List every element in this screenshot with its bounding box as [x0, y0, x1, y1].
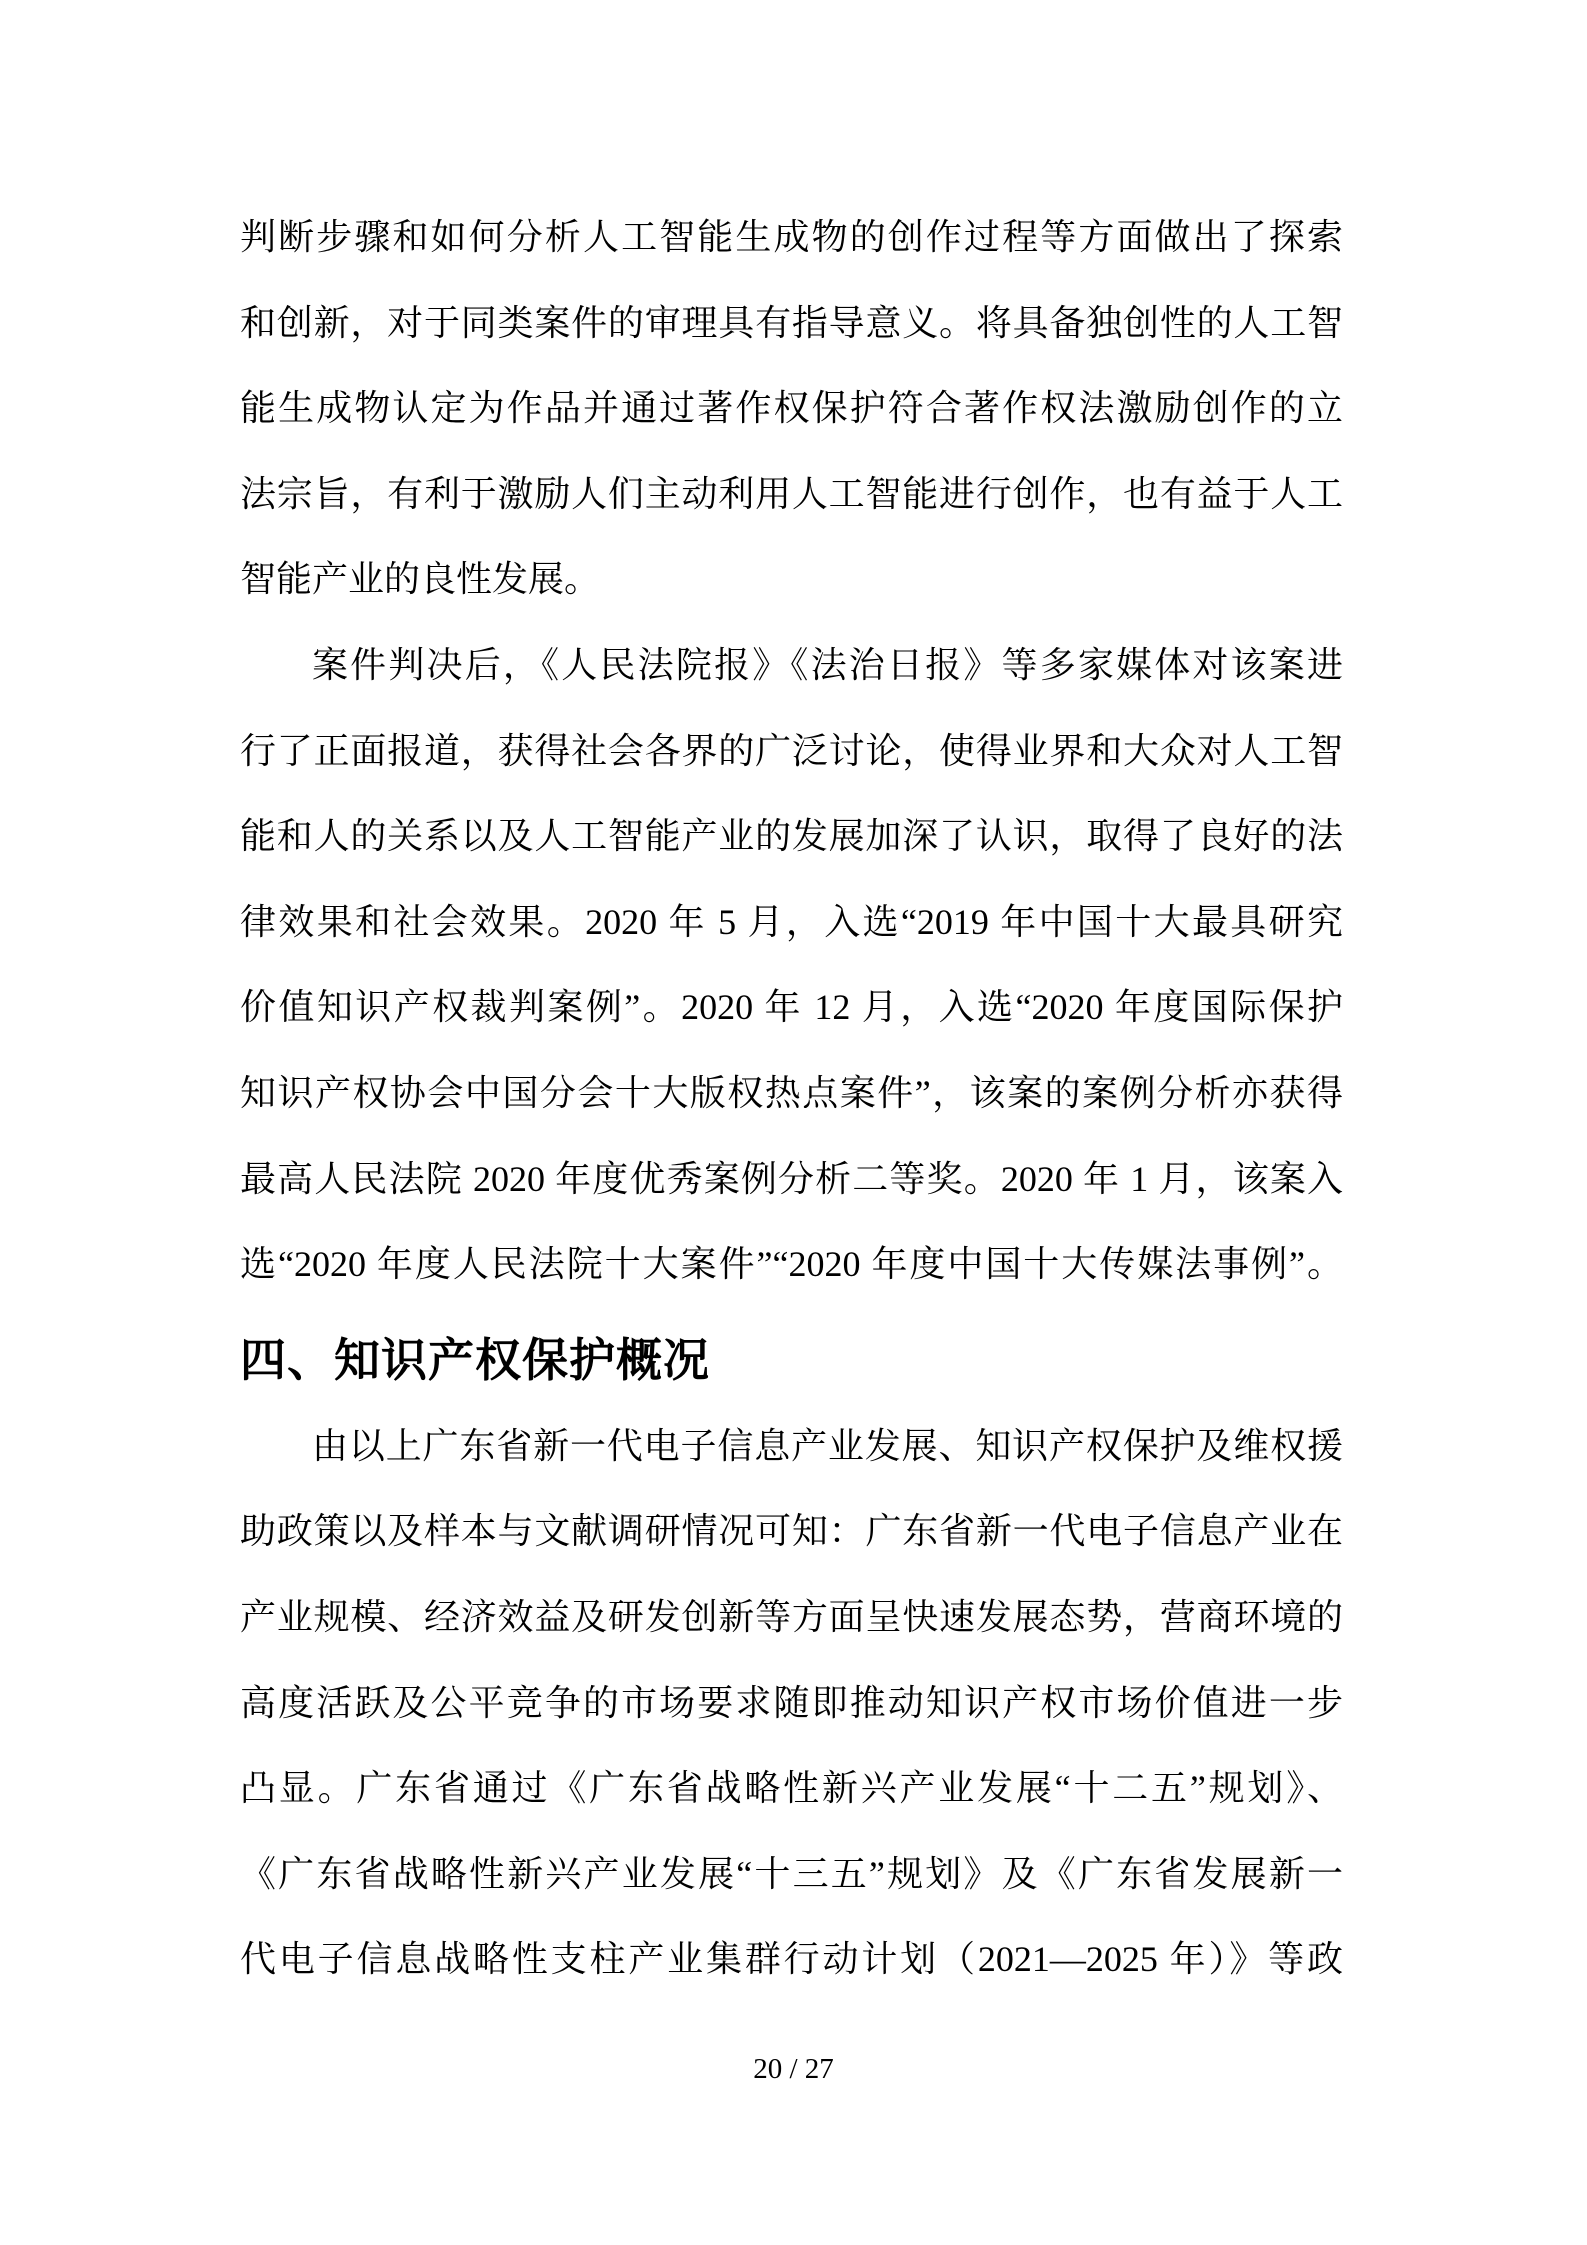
- paragraph: 判断步骤和如何分析人工智能生成物的创作过程等方面做出了探索和创新，对于同类案件的…: [240, 195, 1343, 623]
- text-line: 凸显。广东省通过《广东省战略性新兴产业发展“十二五”规划》、: [240, 1746, 1343, 1832]
- page-footer: 20 / 27: [0, 2052, 1587, 2086]
- text-line: 选“2020 年度人民法院十大案件”“2020 年度中国十大传媒法事例”。: [240, 1222, 1343, 1308]
- text-line: 和创新，对于同类案件的审理具有指导意义。将具备独创性的人工智: [240, 281, 1343, 367]
- text-line: 高度活跃及公平竞争的市场要求随即推动知识产权市场价值进一步: [240, 1661, 1343, 1747]
- paragraph: 由以上广东省新一代电子信息产业发展、知识产权保护及维权援助政策以及样本与文献调研…: [240, 1404, 1343, 2003]
- document-body: 判断步骤和如何分析人工智能生成物的创作过程等方面做出了探索和创新，对于同类案件的…: [240, 195, 1343, 2003]
- text-line: 法宗旨，有利于激励人们主动利用人工智能进行创作，也有益于人工: [240, 452, 1343, 538]
- text-line: 助政策以及样本与文献调研情况可知：广东省新一代电子信息产业在: [240, 1489, 1343, 1575]
- text-line: 代电子信息战略性支柱产业集群行动计划（2021—2025 年）》等政: [240, 1917, 1343, 2003]
- text-line: 知识产权协会中国分会十大版权热点案件”，该案的案例分析亦获得: [240, 1051, 1343, 1137]
- text-line: 由以上广东省新一代电子信息产业发展、知识产权保护及维权援: [240, 1404, 1343, 1490]
- text-line: 价值知识产权裁判案例”。2020 年 12 月，入选“2020 年度国际保护: [240, 965, 1343, 1051]
- page-number: 20 / 27: [753, 2053, 834, 2085]
- text-line: 行了正面报道，获得社会各界的广泛讨论，使得业界和大众对人工智: [240, 709, 1343, 795]
- text-line: 案件判决后，《人民法院报》《法治日报》等多家媒体对该案进: [240, 623, 1343, 709]
- text-line: 判断步骤和如何分析人工智能生成物的创作过程等方面做出了探索: [240, 195, 1343, 281]
- text-line: 产业规模、经济效益及研发创新等方面呈快速发展态势，营商环境的: [240, 1575, 1343, 1661]
- text-line: 智能产业的良性发展。: [240, 537, 1343, 623]
- paragraph: 案件判决后，《人民法院报》《法治日报》等多家媒体对该案进行了正面报道，获得社会各…: [240, 623, 1343, 1308]
- text-line: 律效果和社会效果。2020 年 5 月，入选“2019 年中国十大最具研究: [240, 880, 1343, 966]
- text-line: 最高人民法院 2020 年度优秀案例分析二等奖。2020 年 1 月，该案入: [240, 1137, 1343, 1223]
- text-line: 能和人的关系以及人工智能产业的发展加深了认识，取得了良好的法: [240, 794, 1343, 880]
- document-page: 判断步骤和如何分析人工智能生成物的创作过程等方面做出了探索和创新，对于同类案件的…: [0, 0, 1587, 2245]
- section-heading: 四、知识产权保护概况: [240, 1331, 1343, 1391]
- text-line: 《广东省战略性新兴产业发展“十三五”规划》及《广东省发展新一: [240, 1832, 1343, 1918]
- text-line: 能生成物认定为作品并通过著作权保护符合著作权法激励创作的立: [240, 366, 1343, 452]
